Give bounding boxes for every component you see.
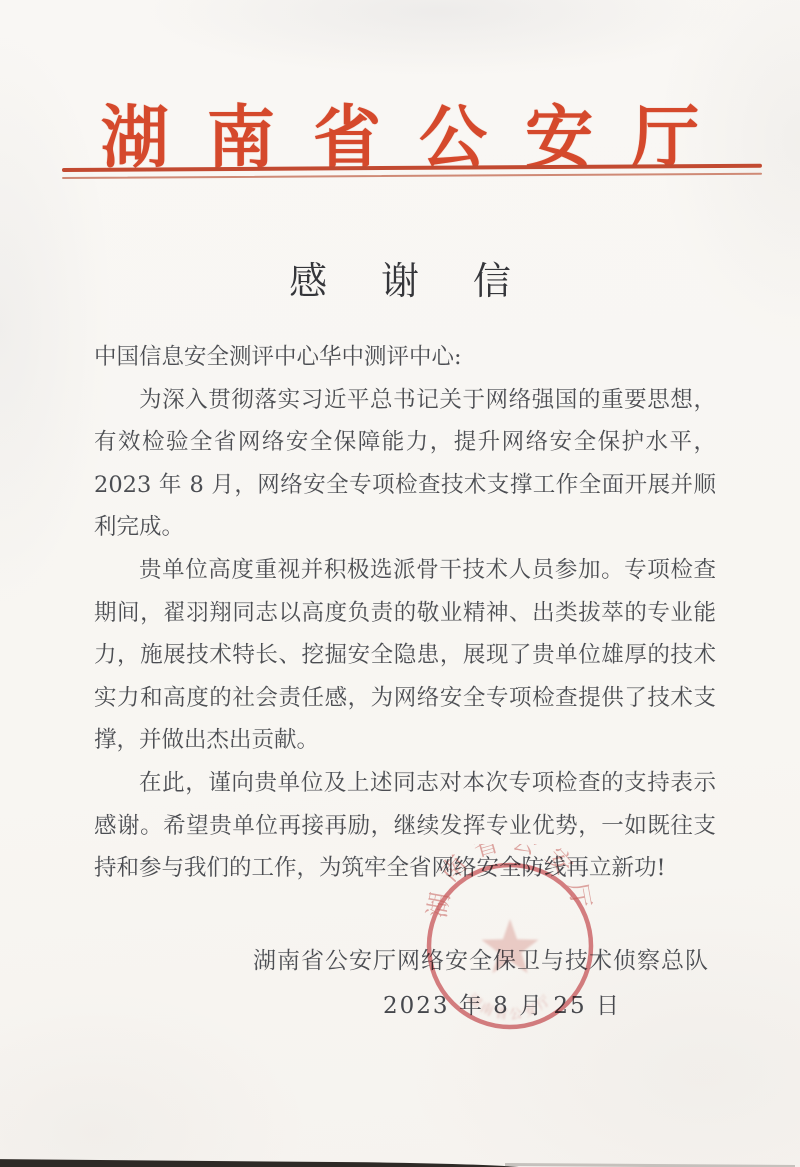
star-icon [482,919,539,973]
seal-arc-text: 湖南省公安厅 [422,844,597,920]
paragraph-1: 为深入贯彻落实习近平总书记关于网络强国的重要思想，有效检验全省网络安全保障能力，… [94,379,716,549]
salutation: 中国信息安全测评中心华中测评中心: [94,336,716,379]
official-seal: 湖南省公安厅 湖南省公安厅 [408,844,612,1048]
svg-text:湖南省公安厅: 湖南省公安厅 [422,844,597,920]
photo-bottom-edge [0,1159,533,1167]
letter-title: 感 谢 信 [0,250,800,305]
paragraph-3: 在此，谨向贵单位及上述同志对本次专项检查的支持表示感谢。希望贵单位再接再励，继续… [94,762,716,890]
letter-body: 中国信息安全测评中心华中测评中心: 为深入贯彻落实习近平总书记关于网络强国的重要… [94,336,716,890]
photo-bottom-edge-faint [505,1163,795,1167]
paragraph-2: 贵单位高度重视并积极选派骨干技术人员参加。专项检查期间，翟羽翔同志以高度负责的敬… [94,549,716,762]
letter-photo: 湖南省公安厅 感 谢 信 中国信息安全测评中心华中测评中心: 为深入贯彻落实习近… [0,0,800,1167]
